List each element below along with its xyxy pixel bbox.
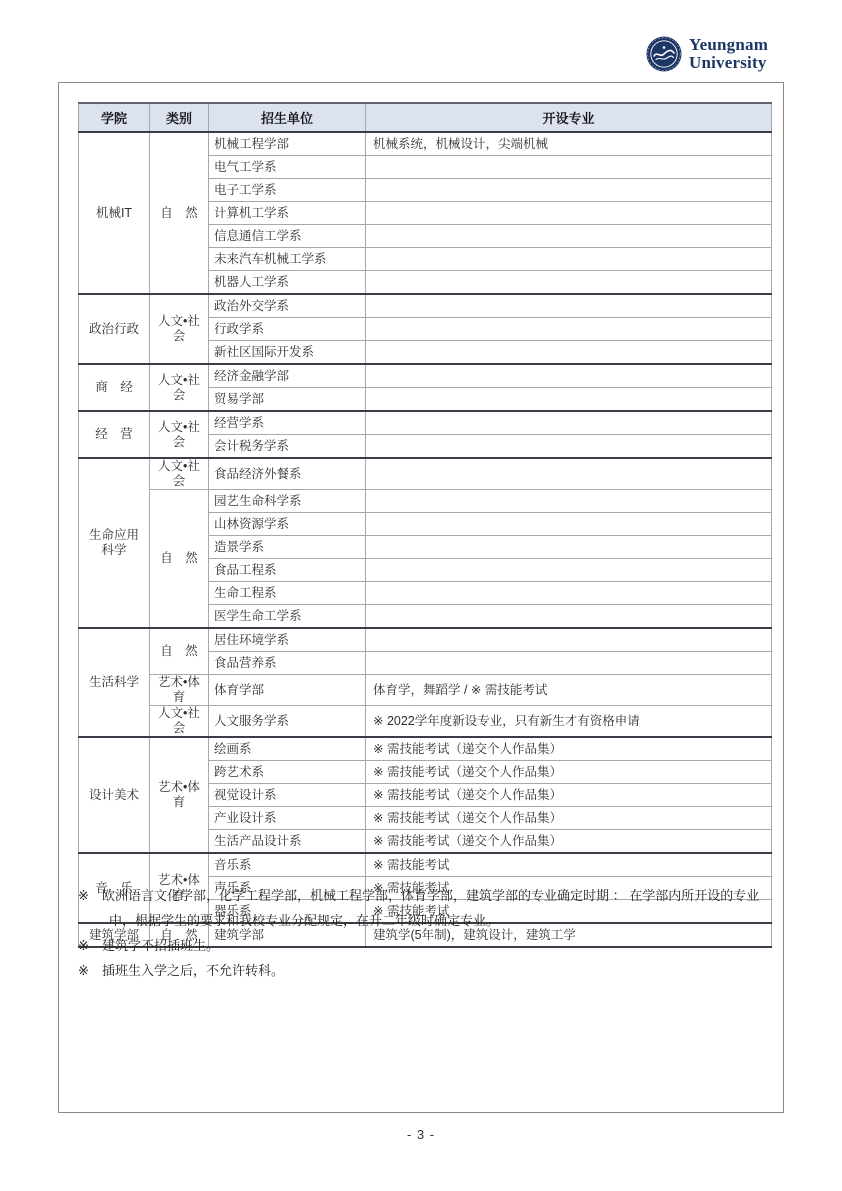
offered-majors-cell: 体育学，舞蹈学 / ※ 需技能考试	[366, 675, 772, 706]
admission-unit-cell: 贸易学部	[209, 388, 366, 412]
offered-majors-cell	[366, 605, 772, 629]
admission-unit-cell: 造景学系	[209, 536, 366, 559]
offered-majors-cell: ※ 需技能考试（递交个人作品集）	[366, 784, 772, 807]
admission-unit-cell: 体育学部	[209, 675, 366, 706]
category-cell: 自 然	[150, 132, 209, 294]
footnote-marker: ※	[78, 958, 102, 983]
offered-majors-cell	[366, 225, 772, 248]
category-cell: 人文•社会	[150, 411, 209, 458]
college-cell: 商 经	[79, 364, 150, 411]
university-name-line2: University	[689, 54, 768, 72]
admission-unit-cell: 食品工程系	[209, 559, 366, 582]
offered-majors-cell: ※ 需技能考试	[366, 853, 772, 877]
offered-majors-cell	[366, 559, 772, 582]
admission-unit-cell: 生命工程系	[209, 582, 366, 605]
table-row: 音 乐艺术•体育音乐系※ 需技能考试	[79, 853, 772, 877]
university-logo: Yeungnam University	[646, 36, 768, 73]
footnote-marker: ※	[78, 933, 102, 958]
footnote-line: 欧洲语言文化学部，化学工程学部，机械工程学部，体育学部，建筑学部的专业确定时期 …	[102, 883, 778, 908]
footnotes: ※欧洲语言文化学部，化学工程学部，机械工程学部，体育学部，建筑学部的专业确定时期…	[78, 883, 778, 983]
offered-majors-cell: ※ 需技能考试（递交个人作品集）	[366, 761, 772, 784]
admission-unit-cell: 跨艺术系	[209, 761, 366, 784]
university-name: Yeungnam University	[689, 36, 768, 73]
college-cell: 机械IT	[79, 132, 150, 294]
table-row: 经 营人文•社会经营学系	[79, 411, 772, 435]
footnote-line: 建筑学不招插班生。	[102, 933, 778, 958]
table-row: 政治行政人文•社会政治外交学系	[79, 294, 772, 318]
offered-majors-cell	[366, 536, 772, 559]
admission-unit-cell: 政治外交学系	[209, 294, 366, 318]
column-header: 学院	[79, 103, 150, 132]
category-cell: 自 然	[150, 628, 209, 675]
column-header: 类别	[150, 103, 209, 132]
admission-unit-cell: 园艺生命科学系	[209, 490, 366, 513]
college-cell: 经 营	[79, 411, 150, 458]
college-cell: 设计美术	[79, 737, 150, 853]
admission-unit-cell: 食品经济外餐系	[209, 458, 366, 490]
admission-unit-cell: 行政学系	[209, 318, 366, 341]
admission-unit-cell: 视觉设计系	[209, 784, 366, 807]
category-cell: 人文•社会	[150, 364, 209, 411]
admission-unit-cell: 居住环境学系	[209, 628, 366, 652]
offered-majors-cell	[366, 582, 772, 605]
column-header: 招生单位	[209, 103, 366, 132]
table-row: 人文•社会人文服务学系※ 2022学年度新设专业，只有新生才有资格申请	[79, 706, 772, 738]
offered-majors-cell	[366, 318, 772, 341]
admission-unit-cell: 生活产品设计系	[209, 830, 366, 854]
admission-unit-cell: 食品营养系	[209, 652, 366, 675]
footnote-text: 插班生入学之后，不允许转科。	[102, 958, 778, 983]
table-row: 生活科学自 然居住环境学系	[79, 628, 772, 652]
offered-majors-cell	[366, 513, 772, 536]
category-cell: 艺术•体育	[150, 675, 209, 706]
admission-unit-cell: 机器人工学系	[209, 271, 366, 295]
college-cell: 生命应用 科学	[79, 458, 150, 628]
content-border: 学院类别招生单位开设专业 机械IT自 然机械工程学部机械系统，机械设计，尖端机械…	[58, 82, 784, 1113]
offered-majors-cell	[366, 628, 772, 652]
admissions-units-table: 学院类别招生单位开设专业 机械IT自 然机械工程学部机械系统，机械设计，尖端机械…	[78, 102, 772, 948]
offered-majors-cell	[366, 411, 772, 435]
table-row: 设计美术艺术•体育绘画系※ 需技能考试（递交个人作品集）	[79, 737, 772, 761]
offered-majors-cell	[366, 248, 772, 271]
category-cell: 人文•社会	[150, 294, 209, 364]
admission-unit-cell: 山林资源学系	[209, 513, 366, 536]
college-cell: 生活科学	[79, 628, 150, 737]
offered-majors-cell: ※ 需技能考试（递交个人作品集）	[366, 830, 772, 854]
admission-unit-cell: 未来汽车机械工学系	[209, 248, 366, 271]
university-name-line1: Yeungnam	[689, 36, 768, 54]
category-cell: 自 然	[150, 490, 209, 629]
university-seal-icon	[646, 36, 682, 72]
offered-majors-cell	[366, 294, 772, 318]
table-body: 机械IT自 然机械工程学部机械系统，机械设计，尖端机械电气工学系电子工学系计算机…	[79, 132, 772, 947]
offered-majors-cell	[366, 179, 772, 202]
category-cell: 艺术•体育	[150, 737, 209, 853]
footnote-line: 插班生入学之后，不允许转科。	[102, 958, 778, 983]
admission-unit-cell: 信息通信工学系	[209, 225, 366, 248]
footnote-marker: ※	[78, 883, 102, 908]
offered-majors-cell	[366, 490, 772, 513]
admission-unit-cell: 机械工程学部	[209, 132, 366, 156]
footnote-text: 建筑学不招插班生。	[102, 933, 778, 958]
table-row: 商 经人文•社会经济金融学部	[79, 364, 772, 388]
footnote-line: 中，根据学生的要求和我校专业分配规定，在升二年级时确定专业。	[102, 908, 778, 933]
admission-unit-cell: 绘画系	[209, 737, 366, 761]
offered-majors-cell: ※ 需技能考试（递交个人作品集）	[366, 737, 772, 761]
college-cell: 政治行政	[79, 294, 150, 364]
category-cell: 人文•社会	[150, 458, 209, 490]
admission-unit-cell: 音乐系	[209, 853, 366, 877]
offered-majors-cell	[366, 341, 772, 365]
admission-unit-cell: 电子工学系	[209, 179, 366, 202]
category-cell: 人文•社会	[150, 706, 209, 738]
offered-majors-cell	[366, 156, 772, 179]
table-header-row: 学院类别招生单位开设专业	[79, 103, 772, 132]
offered-majors-cell	[366, 388, 772, 412]
table-row: 艺术•体育体育学部体育学，舞蹈学 / ※ 需技能考试	[79, 675, 772, 706]
footnote: ※建筑学不招插班生。	[78, 933, 778, 958]
footnote: ※插班生入学之后，不允许转科。	[78, 958, 778, 983]
offered-majors-cell	[366, 458, 772, 490]
offered-majors-cell: ※ 2022学年度新设专业，只有新生才有资格申请	[366, 706, 772, 738]
admission-unit-cell: 人文服务学系	[209, 706, 366, 738]
offered-majors-cell: ※ 需技能考试（递交个人作品集）	[366, 807, 772, 830]
admission-unit-cell: 经营学系	[209, 411, 366, 435]
admission-unit-cell: 医学生命工学系	[209, 605, 366, 629]
offered-majors-cell: 机械系统，机械设计，尖端机械	[366, 132, 772, 156]
offered-majors-cell	[366, 652, 772, 675]
footnote: ※欧洲语言文化学部，化学工程学部，机械工程学部，体育学部，建筑学部的专业确定时期…	[78, 883, 778, 933]
admission-unit-cell: 产业设计系	[209, 807, 366, 830]
offered-majors-cell	[366, 271, 772, 295]
admission-unit-cell: 电气工学系	[209, 156, 366, 179]
offered-majors-cell	[366, 202, 772, 225]
admission-unit-cell: 会计税务学系	[209, 435, 366, 459]
table-row: 生命应用 科学人文•社会食品经济外餐系	[79, 458, 772, 490]
offered-majors-cell	[366, 435, 772, 459]
page-number: - 3 -	[0, 1127, 842, 1142]
admission-unit-cell: 经济金融学部	[209, 364, 366, 388]
admission-unit-cell: 新社区国际开发系	[209, 341, 366, 365]
offered-majors-cell	[366, 364, 772, 388]
admission-unit-cell: 计算机工学系	[209, 202, 366, 225]
table-row: 机械IT自 然机械工程学部机械系统，机械设计，尖端机械	[79, 132, 772, 156]
footnote-text: 欧洲语言文化学部，化学工程学部，机械工程学部，体育学部，建筑学部的专业确定时期 …	[102, 883, 778, 933]
column-header: 开设专业	[366, 103, 772, 132]
table-row: 自 然园艺生命科学系	[79, 490, 772, 513]
